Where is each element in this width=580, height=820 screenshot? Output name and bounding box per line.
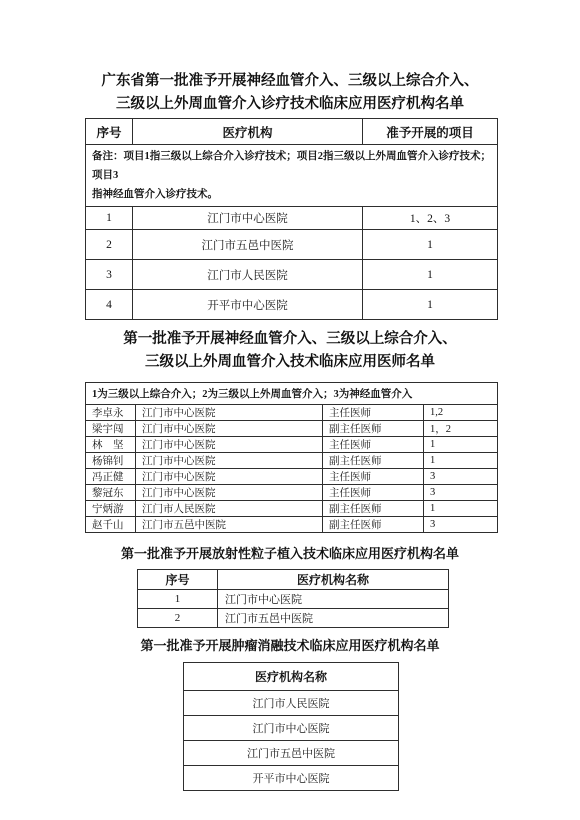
cell-projects: 1 [424,453,498,469]
cell-institution: 江门市中心医院 [136,469,323,485]
section3-title: 第一批准予开展放射性粒子植入技术临床应用医疗机构名单 [0,545,580,563]
header-institution: 医疗机构 [133,119,363,145]
cell-institution: 江门市中心医院 [218,590,449,609]
note-line2: 指神经血管介入诊疗技术。 [92,185,491,204]
table-row: 宁炳游 江门市人民医院 副主任医师 1 [86,501,498,517]
section1-title-line1: 广东省第一批准予开展神经血管介入、三级以上综合介入、 [0,70,580,93]
table-note-row: 1为三级以上综合介入；2为三级以上外周血管介入；3为神经血管介入 [86,383,498,405]
cell-institution: 江门市五邑中医院 [218,609,449,628]
cell-institution: 开平市中心医院 [133,290,363,320]
cell-institution: 江门市五邑中医院 [184,741,399,766]
cell-institution: 江门市中心医院 [136,421,323,437]
section1-title-line2: 三级以上外周血管介入诊疗技术临床应用医疗机构名单 [0,93,580,116]
cell-institution: 开平市中心医院 [184,766,399,791]
section4-title: 第一批准予开展肿瘤消融技术临床应用医疗机构名单 [0,637,580,655]
cell-serial: 4 [86,290,133,320]
cell-title: 副主任医师 [323,453,424,469]
table-row: 开平市中心医院 [184,766,399,791]
table-header-row: 序号 医疗机构名称 [138,570,449,590]
cell-physician-name: 黎冠东 [86,485,136,501]
table-row: 1 江门市中心医院 1、2、3 [86,207,498,230]
table-row: 2 江门市五邑中医院 [138,609,449,628]
cell-institution: 江门市中心医院 [133,207,363,230]
cell-physician-name: 李卓永 [86,405,136,421]
tumor-ablation-table: 医疗机构名称 江门市人民医院 江门市中心医院 江门市五邑中医院 开平市中心医院 [183,662,399,791]
cell-title: 主任医师 [323,485,424,501]
cell-physician-name: 冯正健 [86,469,136,485]
table-row: 3 江门市人民医院 1 [86,260,498,290]
cell-physician-name: 杨锦钊 [86,453,136,469]
table-row: 林 坚 江门市中心医院 主任医师 1 [86,437,498,453]
cell-physician-name: 梁宇闯 [86,421,136,437]
cell-title: 副主任医师 [323,421,424,437]
physicians-table: 1为三级以上综合介入；2为三级以上外周血管介入；3为神经血管介入 李卓永 江门市… [85,382,498,533]
cell-projects: 1，2 [424,421,498,437]
section2-title-line2: 三级以上外周血管介入技术临床应用医师名单 [0,351,580,374]
table-row: 赵千山 江门市五邑中医院 副主任医师 3 [86,517,498,533]
header-serial: 序号 [86,119,133,145]
cell-serial: 1 [138,590,218,609]
table-row: 黎冠东 江门市中心医院 主任医师 3 [86,485,498,501]
table-note-row: 备注：项目1指三级以上综合介入诊疗技术；项目2指三级以上外周血管介入诊疗技术；项… [86,145,498,207]
note-cell: 1为三级以上综合介入；2为三级以上外周血管介入；3为神经血管介入 [86,383,498,405]
header-approved-projects: 准予开展的项目 [363,119,498,145]
cell-institution: 江门市中心医院 [184,716,399,741]
cell-projects: 3 [424,517,498,533]
cell-serial: 3 [86,260,133,290]
document-page: 广东省第一批准予开展神经血管介入、三级以上综合介入、 三级以上外周血管介入诊疗技… [0,0,580,820]
cell-projects: 1 [424,501,498,517]
table-row: 梁宇闯 江门市中心医院 副主任医师 1，2 [86,421,498,437]
cell-institution: 江门市中心医院 [136,405,323,421]
cell-title: 副主任医师 [323,517,424,533]
table-row: 杨锦钊 江门市中心医院 副主任医师 1 [86,453,498,469]
table-row: 2 江门市五邑中医院 1 [86,230,498,260]
cell-projects: 1 [363,230,498,260]
cell-institution: 江门市中心医院 [136,485,323,501]
cell-projects: 3 [424,485,498,501]
institutions-intervention-table: 序号 医疗机构 准予开展的项目 备注：项目1指三级以上综合介入诊疗技术；项目2指… [85,118,498,320]
header-serial: 序号 [138,570,218,590]
seed-implantation-table: 序号 医疗机构名称 1 江门市中心医院 2 江门市五邑中医院 [137,569,449,628]
cell-projects: 1,2 [424,405,498,421]
table-row: 江门市人民医院 [184,691,399,716]
cell-projects: 1 [363,260,498,290]
cell-institution: 江门市五邑中医院 [136,517,323,533]
table-row: 李卓永 江门市中心医院 主任医师 1,2 [86,405,498,421]
cell-title: 副主任医师 [323,501,424,517]
cell-projects: 1 [424,437,498,453]
header-institution-name: 医疗机构名称 [184,663,399,691]
cell-serial: 1 [86,207,133,230]
cell-title: 主任医师 [323,469,424,485]
table-header-row: 医疗机构名称 [184,663,399,691]
cell-title: 主任医师 [323,437,424,453]
cell-institution: 江门市人民医院 [133,260,363,290]
cell-institution: 江门市人民医院 [184,691,399,716]
cell-serial: 2 [86,230,133,260]
cell-institution: 江门市五邑中医院 [133,230,363,260]
cell-physician-name: 赵千山 [86,517,136,533]
cell-projects: 1 [363,290,498,320]
section2-title-line1: 第一批准予开展神经血管介入、三级以上综合介入、 [0,328,580,351]
table-row: 4 开平市中心医院 1 [86,290,498,320]
table-row: 江门市五邑中医院 [184,741,399,766]
table-row: 1 江门市中心医院 [138,590,449,609]
cell-projects: 3 [424,469,498,485]
section1-title: 广东省第一批准予开展神经血管介入、三级以上综合介入、 三级以上外周血管介入诊疗技… [0,70,580,116]
note-cell: 备注：项目1指三级以上综合介入诊疗技术；项目2指三级以上外周血管介入诊疗技术；项… [86,145,498,207]
cell-serial: 2 [138,609,218,628]
cell-physician-name: 林 坚 [86,437,136,453]
cell-institution: 江门市中心医院 [136,437,323,453]
cell-institution: 江门市中心医院 [136,453,323,469]
header-institution-name: 医疗机构名称 [218,570,449,590]
cell-institution: 江门市人民医院 [136,501,323,517]
cell-title: 主任医师 [323,405,424,421]
section2-title: 第一批准予开展神经血管介入、三级以上综合介入、 三级以上外周血管介入技术临床应用… [0,328,580,374]
table-row: 冯正健 江门市中心医院 主任医师 3 [86,469,498,485]
table-header-row: 序号 医疗机构 准予开展的项目 [86,119,498,145]
cell-projects: 1、2、3 [363,207,498,230]
cell-physician-name: 宁炳游 [86,501,136,517]
table-row: 江门市中心医院 [184,716,399,741]
note-line1: 备注：项目1指三级以上综合介入诊疗技术；项目2指三级以上外周血管介入诊疗技术；项… [92,147,491,185]
